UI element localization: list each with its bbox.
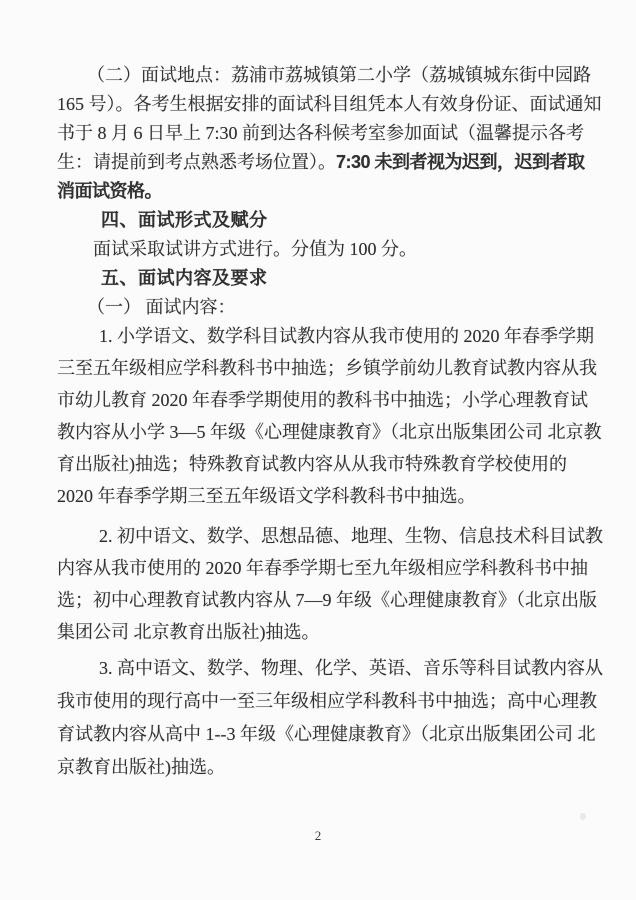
text-line: 选；初中心理教育试教内容从 7—9 年级《心理健康教育》（北京出版 <box>57 584 579 616</box>
text-run-bold-lateness-warning: 7:30 未到者视为迟到，迟到者取 <box>336 152 585 172</box>
text-line-bold-disqualified: 消面试资格。 <box>57 177 579 206</box>
text-line: 京教育出版社)抽选。 <box>57 751 579 784</box>
sub-heading-interview-content: （一） 面试内容： <box>57 293 579 322</box>
section-heading-4: 四、面试形式及赋分 <box>57 206 579 235</box>
text-line: 生：请提前到考点熟悉考场位置）。7:30 未到者视为迟到，迟到者取 <box>57 148 579 177</box>
text-line: 165 号）。各考生根据安排的面试科目组凭本人有效身份证、面试通知 <box>57 90 579 119</box>
text-line: 育出版社)抽选；特殊教育试教内容从从我市特殊教育学校使用的 <box>57 448 579 480</box>
text-run: 生：请提前到考点熟悉考场位置）。 <box>57 152 336 172</box>
text-line: 书于 8 月 6 日早上 7:30 前到达各科候考室参加面试（温馨提示各考 <box>57 119 579 148</box>
text-line: 1. 小学语文、数学科目试教内容从我市使用的 2020 年春季学期 <box>57 320 579 352</box>
text-line: 我市使用的现行高中一至三年级相应学科教科书中抽选；高中心理教 <box>57 685 579 718</box>
scan-speck <box>580 813 586 820</box>
paragraph-primary-school: 1. 小学语文、数学科目试教内容从我市使用的 2020 年春季学期 三至五年级相… <box>57 320 579 512</box>
section-heading-5: 五、面试内容及要求 <box>57 264 579 293</box>
paragraph-interview-format: 面试采取试讲方式进行。分值为 100 分。 <box>57 235 579 264</box>
text-line: 教内容从小学 3—5 年级《心理健康教育》（北京出版集团公司 北京教 <box>57 416 579 448</box>
paragraph-interview-location: （二）面试地点：荔浦市荔城镇第二小学（荔城镇城东街中园路 165 号）。各考生根… <box>57 61 579 206</box>
page-number: 2 <box>0 828 636 844</box>
text-line: 集团公司 北京教育出版社)抽选。 <box>57 616 579 648</box>
text-line: 2. 初中语文、数学、思想品德、地理、生物、信息技术科目试教 <box>57 520 579 552</box>
paragraph-high-school: 3. 高中语文、数学、物理、化学、英语、音乐等科目试教内容从 我市使用的现行高中… <box>57 652 579 784</box>
text-line: 内容从我市使用的 2020 年春季学期七至九年级相应学科教科书中抽 <box>57 552 579 584</box>
scanned-document-page: （二）面试地点：荔浦市荔城镇第二小学（荔城镇城东街中园路 165 号）。各考生根… <box>0 0 636 900</box>
text-line: 2020 年春季学期三至五年级语文学科教科书中抽选。 <box>57 480 579 512</box>
text-line: 三至五年级相应学科教科书中抽选；乡镇学前幼儿教育试教内容从我 <box>57 352 579 384</box>
text-line: （二）面试地点：荔浦市荔城镇第二小学（荔城镇城东街中园路 <box>57 61 579 90</box>
document-body: （二）面试地点：荔浦市荔城镇第二小学（荔城镇城东街中园路 165 号）。各考生根… <box>57 61 579 784</box>
paragraph-middle-school: 2. 初中语文、数学、思想品德、地理、生物、信息技术科目试教 内容从我市使用的 … <box>57 520 579 648</box>
text-line: 3. 高中语文、数学、物理、化学、英语、音乐等科目试教内容从 <box>57 652 579 685</box>
text-line: 市幼儿教育 2020 年春季学期使用的教科书中抽选；小学心理教育试 <box>57 384 579 416</box>
text-line: 育试教内容从高中 1--3 年级《心理健康教育》（北京出版集团公司 北 <box>57 718 579 751</box>
